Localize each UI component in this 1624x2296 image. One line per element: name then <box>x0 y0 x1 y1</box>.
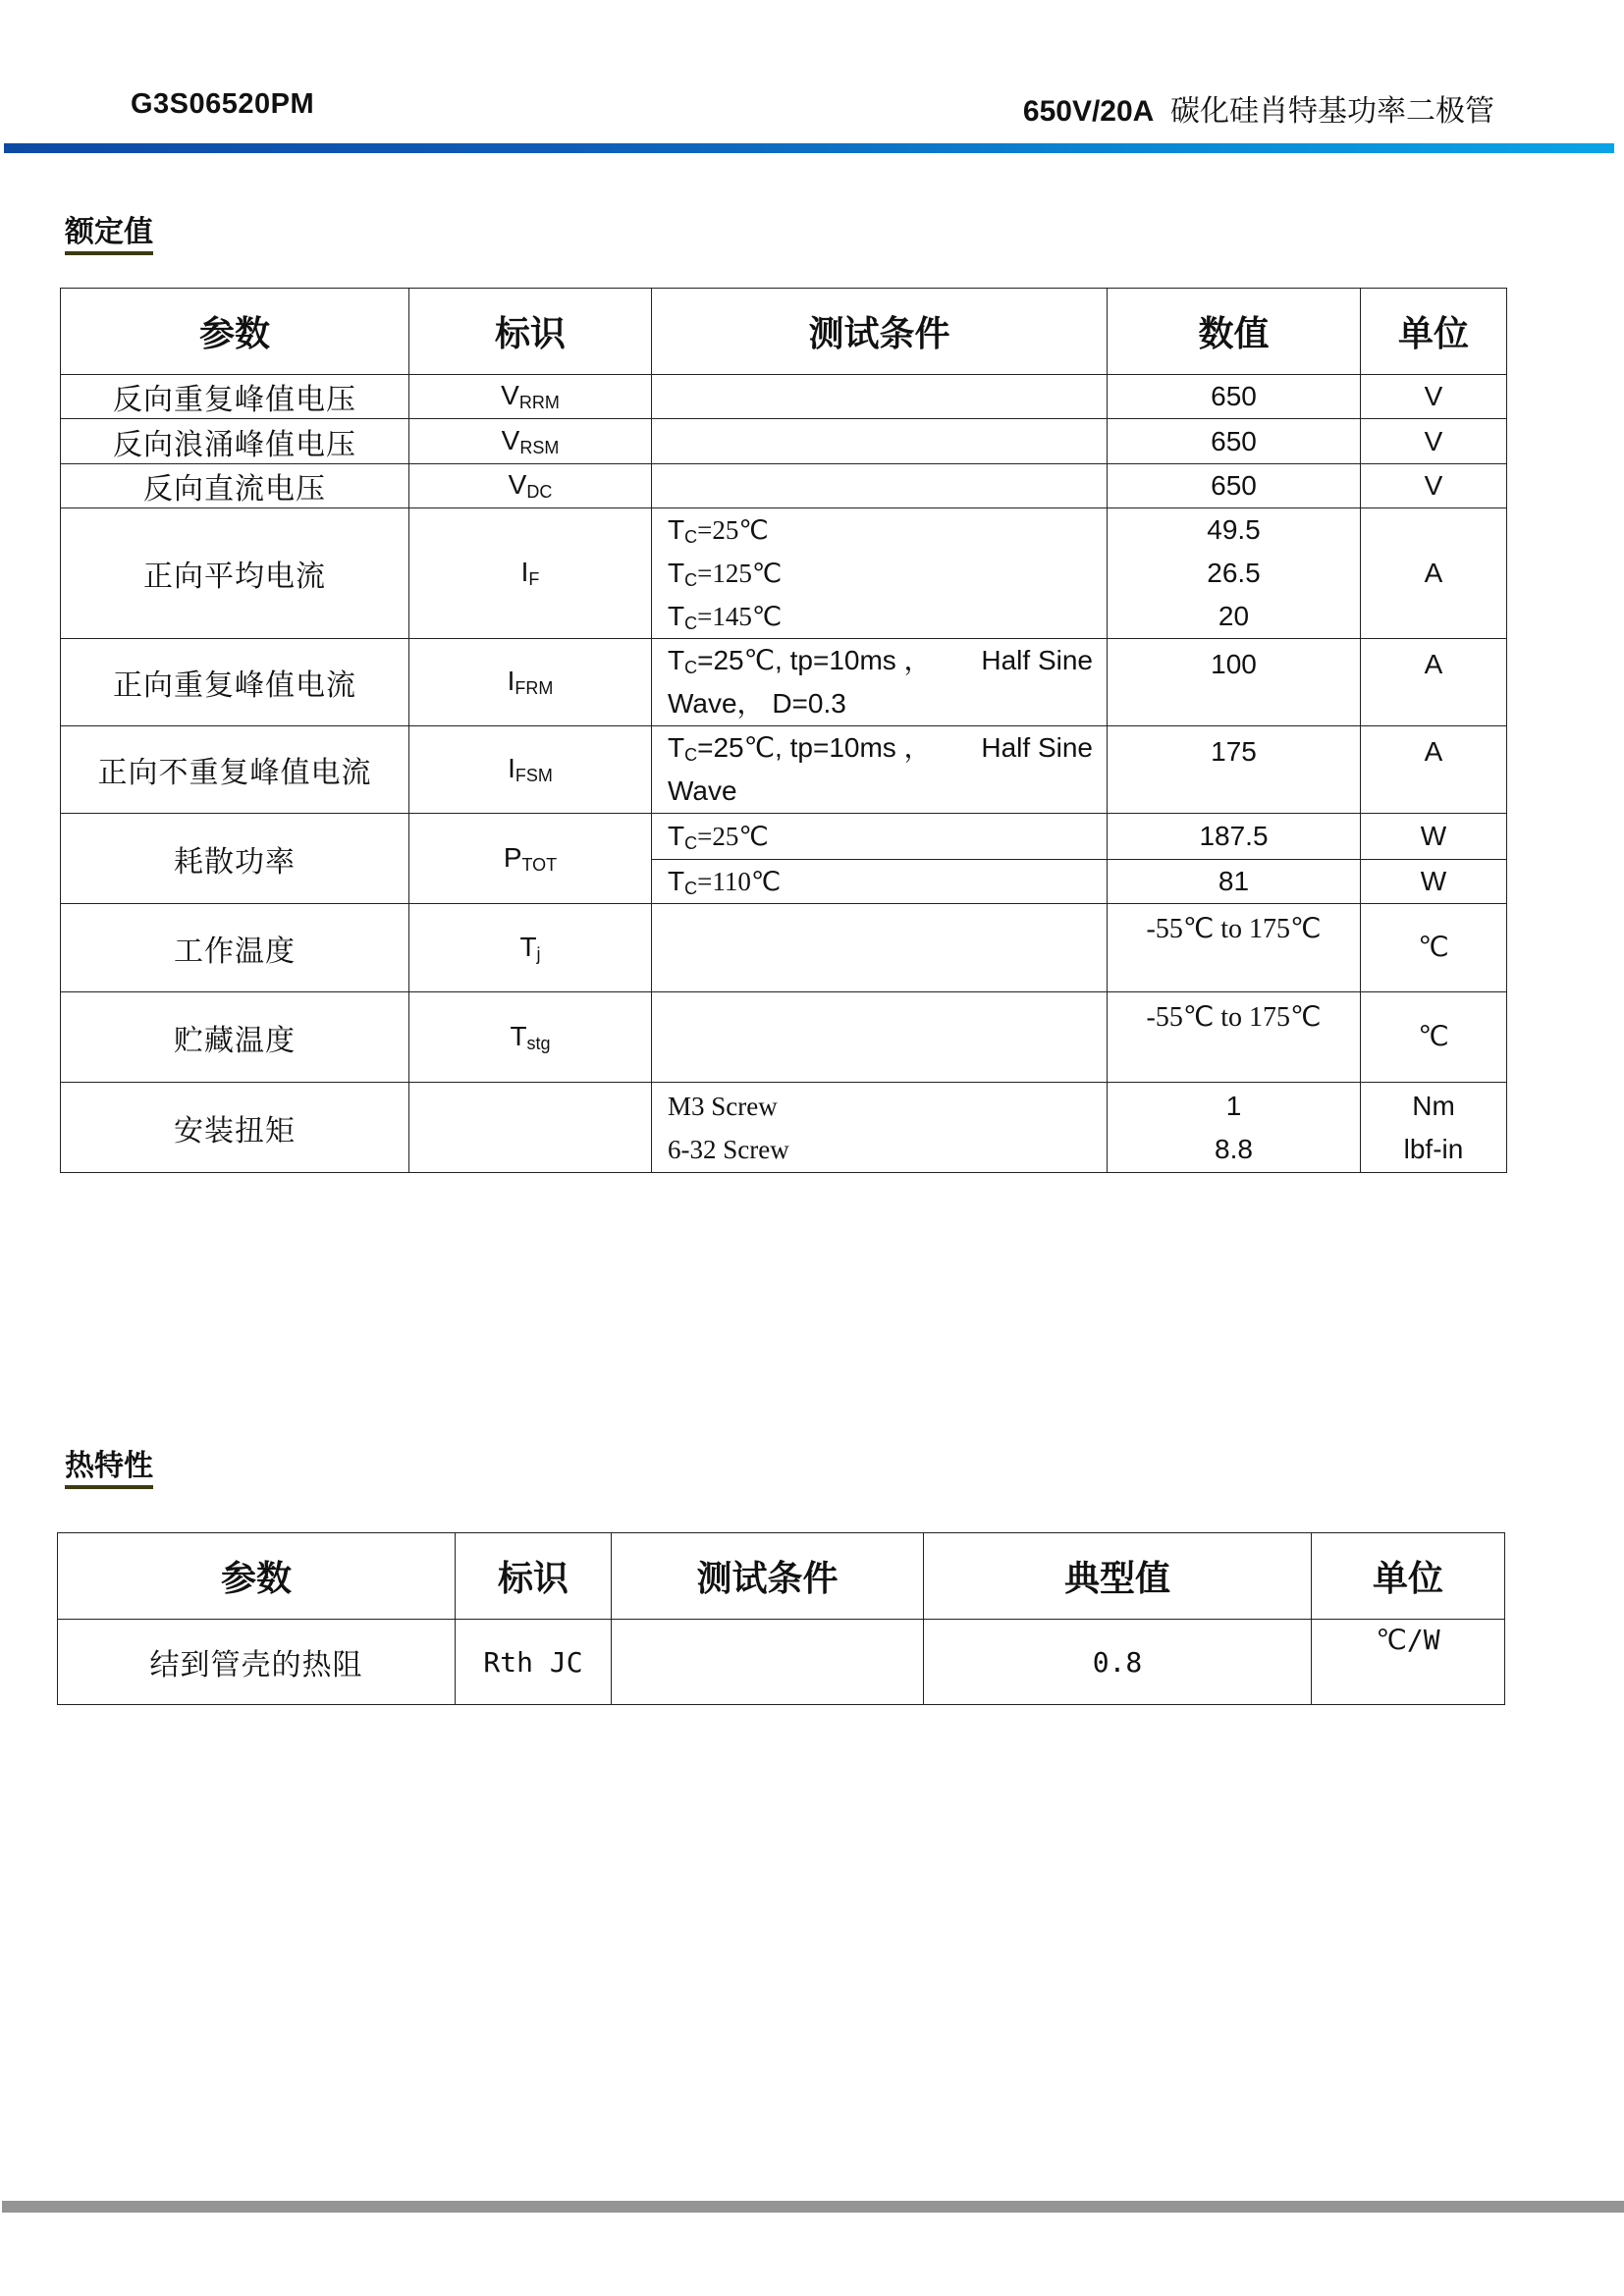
condition-cell: TC=25℃, tp=10ms ，Half Sine Wave <box>652 726 1108 814</box>
symbol-cell: Rth JC <box>456 1620 612 1705</box>
unit-cell: V <box>1361 375 1507 419</box>
param-cell: 正向平均电流 <box>61 508 409 639</box>
condition-cell <box>652 992 1108 1083</box>
table-row: 安装扭矩 M3 Screw 6-32 Screw 1 8.8 Nm lbf-in <box>61 1083 1507 1173</box>
param-cell: 耗散功率 <box>61 814 409 904</box>
column-header: 测试条件 <box>612 1533 924 1620</box>
table-row: 反向浪涌峰值电压 VRSM 650 V <box>61 419 1507 464</box>
ratings-table: 参数 标识 测试条件 数值 单位 反向重复峰值电压 VRRM 650 V 反向浪… <box>60 288 1507 1173</box>
column-header: 标识 <box>409 289 652 375</box>
symbol-cell: IF <box>409 508 652 639</box>
unit-cell: Nm lbf-in <box>1361 1083 1507 1173</box>
header-divider-bar <box>4 143 1614 153</box>
param-cell: 反向浪涌峰值电压 <box>61 419 409 464</box>
unit-cell: V <box>1361 464 1507 508</box>
param-cell: 结到管壳的热阻 <box>58 1620 456 1705</box>
column-header: 标识 <box>456 1533 612 1620</box>
table-row: 耗散功率 PTOT TC=25℃ 187.5 W <box>61 814 1507 860</box>
value-cell: 100 <box>1108 639 1361 726</box>
condition-cell <box>652 419 1108 464</box>
table-row: 正向重复峰值电流 IFRM TC=25℃, tp=10ms ，Half Sine… <box>61 639 1507 726</box>
product-name: 碳化硅肖特基功率二极管 <box>1170 94 1494 129</box>
part-number: G3S06520PM <box>131 88 314 121</box>
param-cell: 反向直流电压 <box>61 464 409 508</box>
rating-label: 650V/20A <box>1023 95 1154 128</box>
param-cell: 反向重复峰值电压 <box>61 375 409 419</box>
value-cell: 187.5 <box>1108 814 1361 860</box>
column-header: 单位 <box>1312 1533 1505 1620</box>
column-header: 参数 <box>58 1533 456 1620</box>
thermal-table: 参数 标识 测试条件 典型值 单位 结到管壳的热阻 Rth JC 0.8 ℃/W <box>57 1532 1505 1705</box>
symbol-cell: IFRM <box>409 639 652 726</box>
value-cell: -55℃ to 175℃ <box>1108 904 1361 992</box>
param-cell: 正向不重复峰值电流 <box>61 726 409 814</box>
symbol-cell: IFSM <box>409 726 652 814</box>
symbol-cell <box>409 1083 652 1173</box>
param-cell: 贮藏温度 <box>61 992 409 1083</box>
unit-cell: ℃ <box>1361 992 1507 1083</box>
symbol-cell: Tstg <box>409 992 652 1083</box>
unit-cell: W <box>1361 814 1507 860</box>
unit-cell: A <box>1361 508 1507 639</box>
condition-cell: TC=25℃, tp=10ms ，Half Sine Wave， D=0.3 <box>652 639 1108 726</box>
value-cell: 1 8.8 <box>1108 1083 1361 1173</box>
condition-cell <box>652 464 1108 508</box>
unit-cell: W <box>1361 860 1507 904</box>
column-header: 测试条件 <box>652 289 1108 375</box>
condition-cell <box>652 904 1108 992</box>
value-cell: 81 <box>1108 860 1361 904</box>
column-header: 参数 <box>61 289 409 375</box>
param-cell: 工作温度 <box>61 904 409 992</box>
thermal-section-title: 热特性 <box>65 1449 153 1489</box>
column-header: 单位 <box>1361 289 1507 375</box>
condition-cell: TC=25℃ <box>652 814 1108 860</box>
unit-cell: V <box>1361 419 1507 464</box>
table-row: 贮藏温度 Tstg -55℃ to 175℃ ℃ <box>61 992 1507 1083</box>
condition-cell <box>612 1620 924 1705</box>
value-cell: 650 <box>1108 464 1361 508</box>
symbol-cell: VDC <box>409 464 652 508</box>
condition-cell: TC=110℃ <box>652 860 1108 904</box>
table-header-row: 参数 标识 测试条件 数值 单位 <box>61 289 1507 375</box>
value-cell: 49.5 26.5 20 <box>1108 508 1361 639</box>
value-cell: 175 <box>1108 726 1361 814</box>
product-title: 650V/20A 碳化硅肖特基功率二极管 <box>984 86 1494 130</box>
symbol-cell: Tj <box>409 904 652 992</box>
table-row: 结到管壳的热阻 Rth JC 0.8 ℃/W <box>58 1620 1505 1705</box>
param-cell: 安装扭矩 <box>61 1083 409 1173</box>
value-cell: 0.8 <box>924 1620 1312 1705</box>
symbol-cell: VRRM <box>409 375 652 419</box>
column-header: 典型值 <box>924 1533 1312 1620</box>
unit-cell: A <box>1361 639 1507 726</box>
table-row: 反向重复峰值电压 VRRM 650 V <box>61 375 1507 419</box>
table-row: 正向不重复峰值电流 IFSM TC=25℃, tp=10ms ，Half Sin… <box>61 726 1507 814</box>
symbol-cell: VRSM <box>409 419 652 464</box>
symbol-cell: PTOT <box>409 814 652 904</box>
table-row: 反向直流电压 VDC 650 V <box>61 464 1507 508</box>
table-row: 工作温度 Tj -55℃ to 175℃ ℃ <box>61 904 1507 992</box>
value-cell: 650 <box>1108 419 1361 464</box>
table-header-row: 参数 标识 测试条件 典型值 单位 <box>58 1533 1505 1620</box>
unit-cell: ℃ <box>1361 904 1507 992</box>
value-cell: 650 <box>1108 375 1361 419</box>
column-header: 数值 <box>1108 289 1361 375</box>
unit-cell: ℃/W <box>1312 1620 1505 1705</box>
condition-cell <box>652 375 1108 419</box>
table-row: 正向平均电流 IF TC=25℃ TC=125℃ TC=145℃ 49.5 26… <box>61 508 1507 639</box>
condition-cell: M3 Screw 6-32 Screw <box>652 1083 1108 1173</box>
param-cell: 正向重复峰值电流 <box>61 639 409 726</box>
ratings-section-title: 额定值 <box>65 215 153 255</box>
condition-cell: TC=25℃ TC=125℃ TC=145℃ <box>652 508 1108 639</box>
value-cell: -55℃ to 175℃ <box>1108 992 1361 1083</box>
footer-divider-bar <box>2 2201 1624 2213</box>
unit-cell: A <box>1361 726 1507 814</box>
